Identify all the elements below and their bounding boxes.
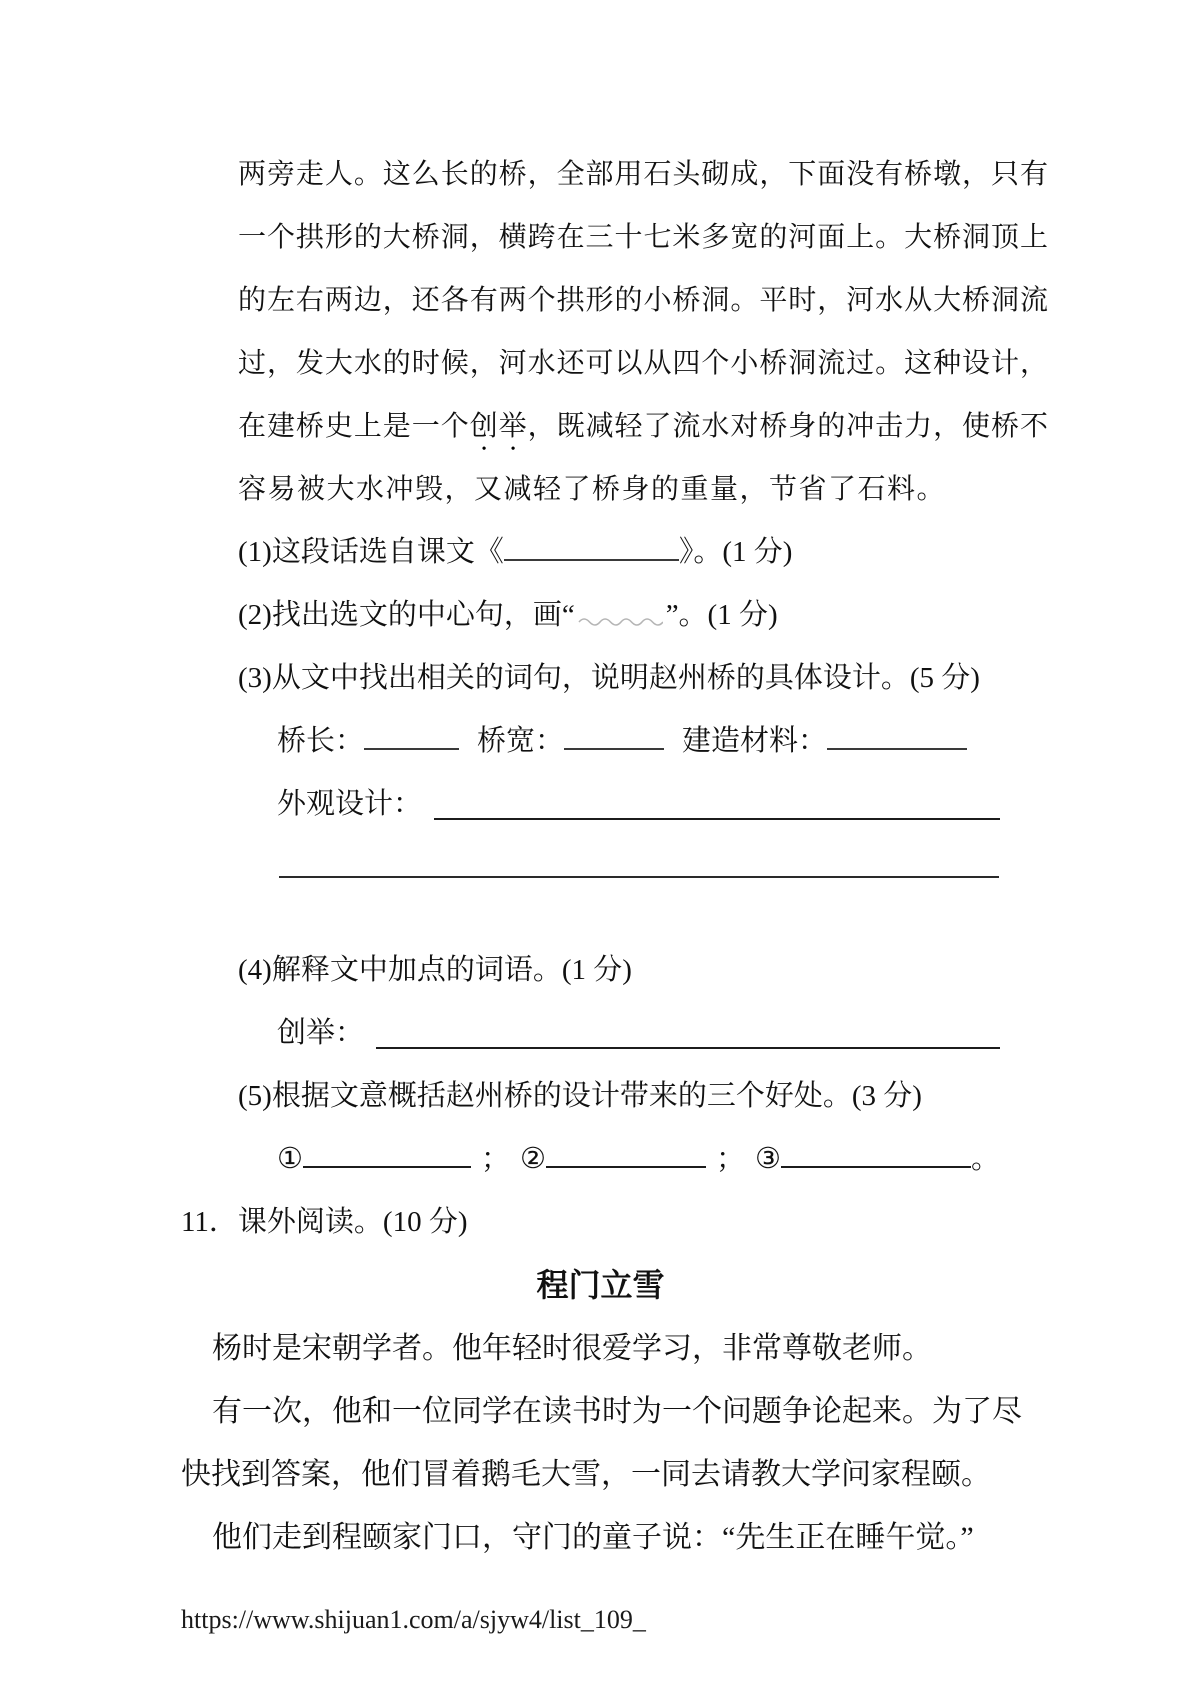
passage-line: 的左右两边，还各有两个拱形的小桥洞。平时，河水从大桥洞流 bbox=[238, 269, 1048, 332]
question-1-text: 》。(1 分) bbox=[679, 536, 793, 568]
circled-1: ① bbox=[277, 1143, 303, 1175]
bridge-length-label: 桥长： bbox=[277, 725, 364, 757]
answer-blank bbox=[376, 1018, 1000, 1049]
passage-line: 两旁走人。这么长的桥，全部用石头砌成，下面没有桥墩，只有 bbox=[238, 143, 1048, 206]
separator: ； bbox=[481, 1143, 510, 1175]
passage-line: 一个拱形的大桥洞，横跨在三十七米多宽的河面上。大桥洞顶上 bbox=[238, 206, 1048, 269]
answer-blank bbox=[364, 719, 459, 750]
answer-blank bbox=[303, 1137, 471, 1168]
passage-line: 容易被大水冲毁，又减轻了桥身的重量，节省了石料。 bbox=[238, 458, 1048, 521]
question-2-text: ”。(1 分) bbox=[666, 599, 778, 631]
circled-2: ② bbox=[520, 1143, 546, 1175]
passage-line: 他们走到程颐家门口，守门的童子说：“先生正在睡午觉。” bbox=[181, 1506, 1024, 1569]
question-5-blanks-row: ①；②；③。 bbox=[277, 1128, 1191, 1191]
footer-url: https://www.shijuan1.com/a/sjyw4/list_10… bbox=[181, 1605, 1191, 1635]
passage-line: 过，发大水的时候，河水还可以从四个小桥洞流过。这种设计， bbox=[238, 332, 1048, 395]
question-3-blanks-row: 桥长：桥宽：建造材料： bbox=[277, 710, 1191, 773]
answer-blank-line bbox=[279, 876, 999, 878]
question-1: (1)这段话选自课文《》。(1 分) bbox=[238, 521, 1191, 584]
emphasized-word: 创举 bbox=[470, 411, 528, 442]
period: 。 bbox=[971, 1143, 1000, 1175]
term-label: 创举： bbox=[277, 1002, 364, 1065]
page-content: 两旁走人。这么长的桥，全部用石头砌成，下面没有桥墩，只有 一个拱形的大桥洞，横跨… bbox=[0, 0, 1191, 1635]
passage-line: 快找到答案，他们冒着鹅毛大雪，一同去请教大学问家程颐。 bbox=[181, 1443, 1024, 1506]
answer-blank bbox=[781, 1137, 971, 1168]
answer-blank bbox=[546, 1137, 706, 1168]
question-2-text: (2)找出选文的中心句，画“ bbox=[238, 599, 575, 631]
material-label: 建造材料： bbox=[682, 725, 827, 757]
passage-title: 程门立雪 bbox=[181, 1254, 1020, 1317]
question-1-text: (1)这段话选自课文《 bbox=[238, 536, 504, 568]
answer-line-row bbox=[0, 876, 1191, 939]
question-3-design-row: 外观设计： bbox=[277, 773, 1000, 836]
passage-line: 有一次，他和一位同学在读书时为一个问题争论起来。为了尽 bbox=[181, 1380, 1024, 1443]
passage-line: 杨时是宋朝学者。他年轻时很爱学习，非常尊敬老师。 bbox=[181, 1317, 1024, 1380]
answer-blank bbox=[504, 530, 679, 561]
wavy-line-blank bbox=[578, 615, 663, 627]
passage-line: 在建桥史上是一个创举，既减轻了流水对桥身的冲击力，使桥不 bbox=[238, 395, 1048, 458]
passage-text: ，既减轻了流水对桥身的冲击力，使桥不 bbox=[528, 411, 1048, 442]
passage-text: 在建桥史上是一个 bbox=[238, 411, 470, 442]
exam-page: 两旁走人。这么长的桥，全部用石头砌成，下面没有桥墩，只有 一个拱形的大桥洞，横跨… bbox=[0, 0, 1191, 1684]
answer-blank bbox=[827, 719, 967, 750]
question-5: (5)根据文意概括赵州桥的设计带来的三个好处。(3 分) bbox=[238, 1065, 1191, 1128]
circled-3: ③ bbox=[755, 1143, 781, 1175]
question-3: (3)从文中找出相关的词句，说明赵州桥的具体设计。(5 分) bbox=[238, 647, 1191, 710]
design-label: 外观设计： bbox=[277, 773, 422, 836]
bridge-width-label: 桥宽： bbox=[477, 725, 564, 757]
answer-blank bbox=[434, 789, 1000, 820]
question-11-heading: 11．课外阅读。(10 分) bbox=[181, 1191, 1191, 1254]
question-2: (2)找出选文的中心句，画“”。(1 分) bbox=[238, 584, 1191, 647]
question-4-term-row: 创举： bbox=[277, 1002, 1000, 1065]
separator: ； bbox=[716, 1143, 745, 1175]
answer-blank bbox=[564, 719, 664, 750]
question-4: (4)解释文中加点的词语。(1 分) bbox=[238, 939, 1191, 1002]
